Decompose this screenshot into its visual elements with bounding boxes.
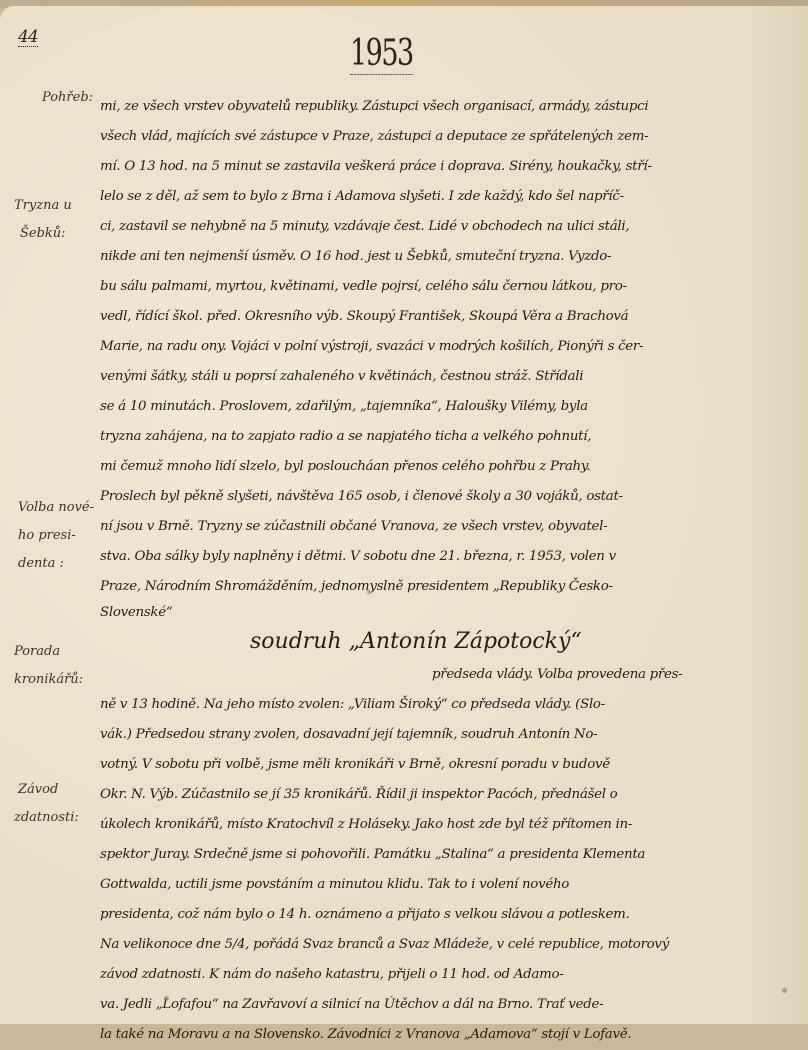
text-line: spektor Juray. Srdečně jsme si pohovořil… bbox=[100, 840, 790, 870]
handwritten-text-body: mi, ze všech vrstev obyvatelů republiky.… bbox=[100, 92, 790, 1024]
text-line: stva. Oba sálky byly naplněny i dětmi. V… bbox=[100, 542, 790, 572]
margin-note-zavod: Závod zdatnosti: bbox=[14, 776, 102, 832]
text-line: lelo se z děl, až sem to bylo z Brna i A… bbox=[100, 182, 790, 212]
text-line: se á 10 minutách. Proslovem, zdařilým, „… bbox=[100, 392, 790, 422]
text-line: ní jsou v Brně. Tryzny se zúčastnili obč… bbox=[100, 512, 790, 542]
margin-note-line: zdatnosti: bbox=[14, 804, 102, 832]
text-line: Okr. N. Výb. Zúčastnilo se jí 35 kroniká… bbox=[100, 780, 790, 810]
chronicle-page: 44 1953 Pohřeb: Tryzna u Šebků: Volba no… bbox=[0, 6, 808, 1024]
text-line: všech vlád, majících své zástupce v Praz… bbox=[100, 122, 790, 152]
margin-note-line: Závod bbox=[14, 776, 102, 804]
text-line: Proslech byl pěkně slyšeti, návštěva 165… bbox=[100, 482, 790, 512]
president-name: soudruh „Antonín Zápotocký“ bbox=[250, 629, 582, 654]
margin-note-volba: Volba nové- ho presi- denta : bbox=[18, 494, 106, 578]
text-line: presidenta, což nám bylo o 14 h. oznámen… bbox=[100, 900, 790, 930]
margin-note-line: kronikářů: bbox=[14, 666, 102, 694]
text-line: Marie, na radu ony. Vojáci v polní výstr… bbox=[100, 332, 790, 362]
margin-note-line: Tryzna u bbox=[14, 192, 102, 220]
text-line: mi čemuž mnoho lidí slzelo, byl poslouch… bbox=[100, 452, 790, 482]
text-line: nikde ani ten nejmenší úsměv. O 16 hod. … bbox=[100, 242, 790, 272]
page-number: 44 bbox=[18, 28, 38, 47]
text-line: vedl, řídící škol. před. Okresního výb. … bbox=[100, 302, 790, 332]
text-line: la také na Moravu a na Slovensko. Závodn… bbox=[100, 1020, 790, 1024]
margin-note-line: Porada bbox=[14, 638, 102, 666]
text-line: Gottwalda, uctili jsme povstáním a minut… bbox=[100, 870, 790, 900]
text-line: va. Jedli „Lofafou“ na Zavřavoví a silni… bbox=[100, 990, 790, 1020]
text-line: závod zdatnosti. K nám do našeho katastr… bbox=[100, 960, 790, 990]
year-heading: 1953 bbox=[350, 34, 413, 75]
text-line: bu sálu palmami, myrtou, květinami, vedl… bbox=[100, 272, 790, 302]
president-name-line: soudruh „Antonín Zápotocký“ bbox=[100, 624, 790, 660]
text-line: mi, ze všech vrstev obyvatelů republiky.… bbox=[100, 92, 790, 122]
text-line: venými šátky, stáli u poprsí zahaleného … bbox=[100, 362, 790, 392]
text-line: Slovenské“ bbox=[100, 602, 790, 624]
text-line: vák.) Předsedou strany zvolen, dosavadní… bbox=[100, 720, 790, 750]
paper-speck bbox=[366, 590, 371, 595]
text-line: tryzna zahájena, na to zapjato radio a s… bbox=[100, 422, 790, 452]
text-line: Na velikonoce dne 5/4, pořádá Svaz branc… bbox=[100, 930, 790, 960]
text-line: mí. O 13 hod. na 5 minut se zastavila ve… bbox=[100, 152, 790, 182]
margin-note-tryzna: Tryzna u Šebků: bbox=[14, 192, 102, 248]
text-line: úkolech kronikářů, místo Kratochvíl z Ho… bbox=[100, 810, 790, 840]
text-line: předseda vlády. Volba provedena přes- bbox=[100, 660, 790, 690]
text-line: Praze, Národním Shromážděním, jednomysln… bbox=[100, 572, 790, 602]
margin-note-line: denta : bbox=[18, 550, 106, 578]
margin-note-line: ho presi- bbox=[18, 522, 106, 550]
paper-speck bbox=[164, 996, 169, 1001]
text-line: ci, zastavil se nehybně na 5 minuty, vzd… bbox=[100, 212, 790, 242]
margin-note-line: Volba nové- bbox=[18, 494, 106, 522]
text-line: ně v 13 hodině. Na jeho místo zvolen: „V… bbox=[100, 690, 790, 720]
margin-note-line: Šebků: bbox=[14, 220, 102, 248]
paper-speck bbox=[782, 988, 787, 993]
text-line: votný. V sobotu při volbě, jsme měli kro… bbox=[100, 750, 790, 780]
margin-note-porada: Porada kronikářů: bbox=[14, 638, 102, 694]
